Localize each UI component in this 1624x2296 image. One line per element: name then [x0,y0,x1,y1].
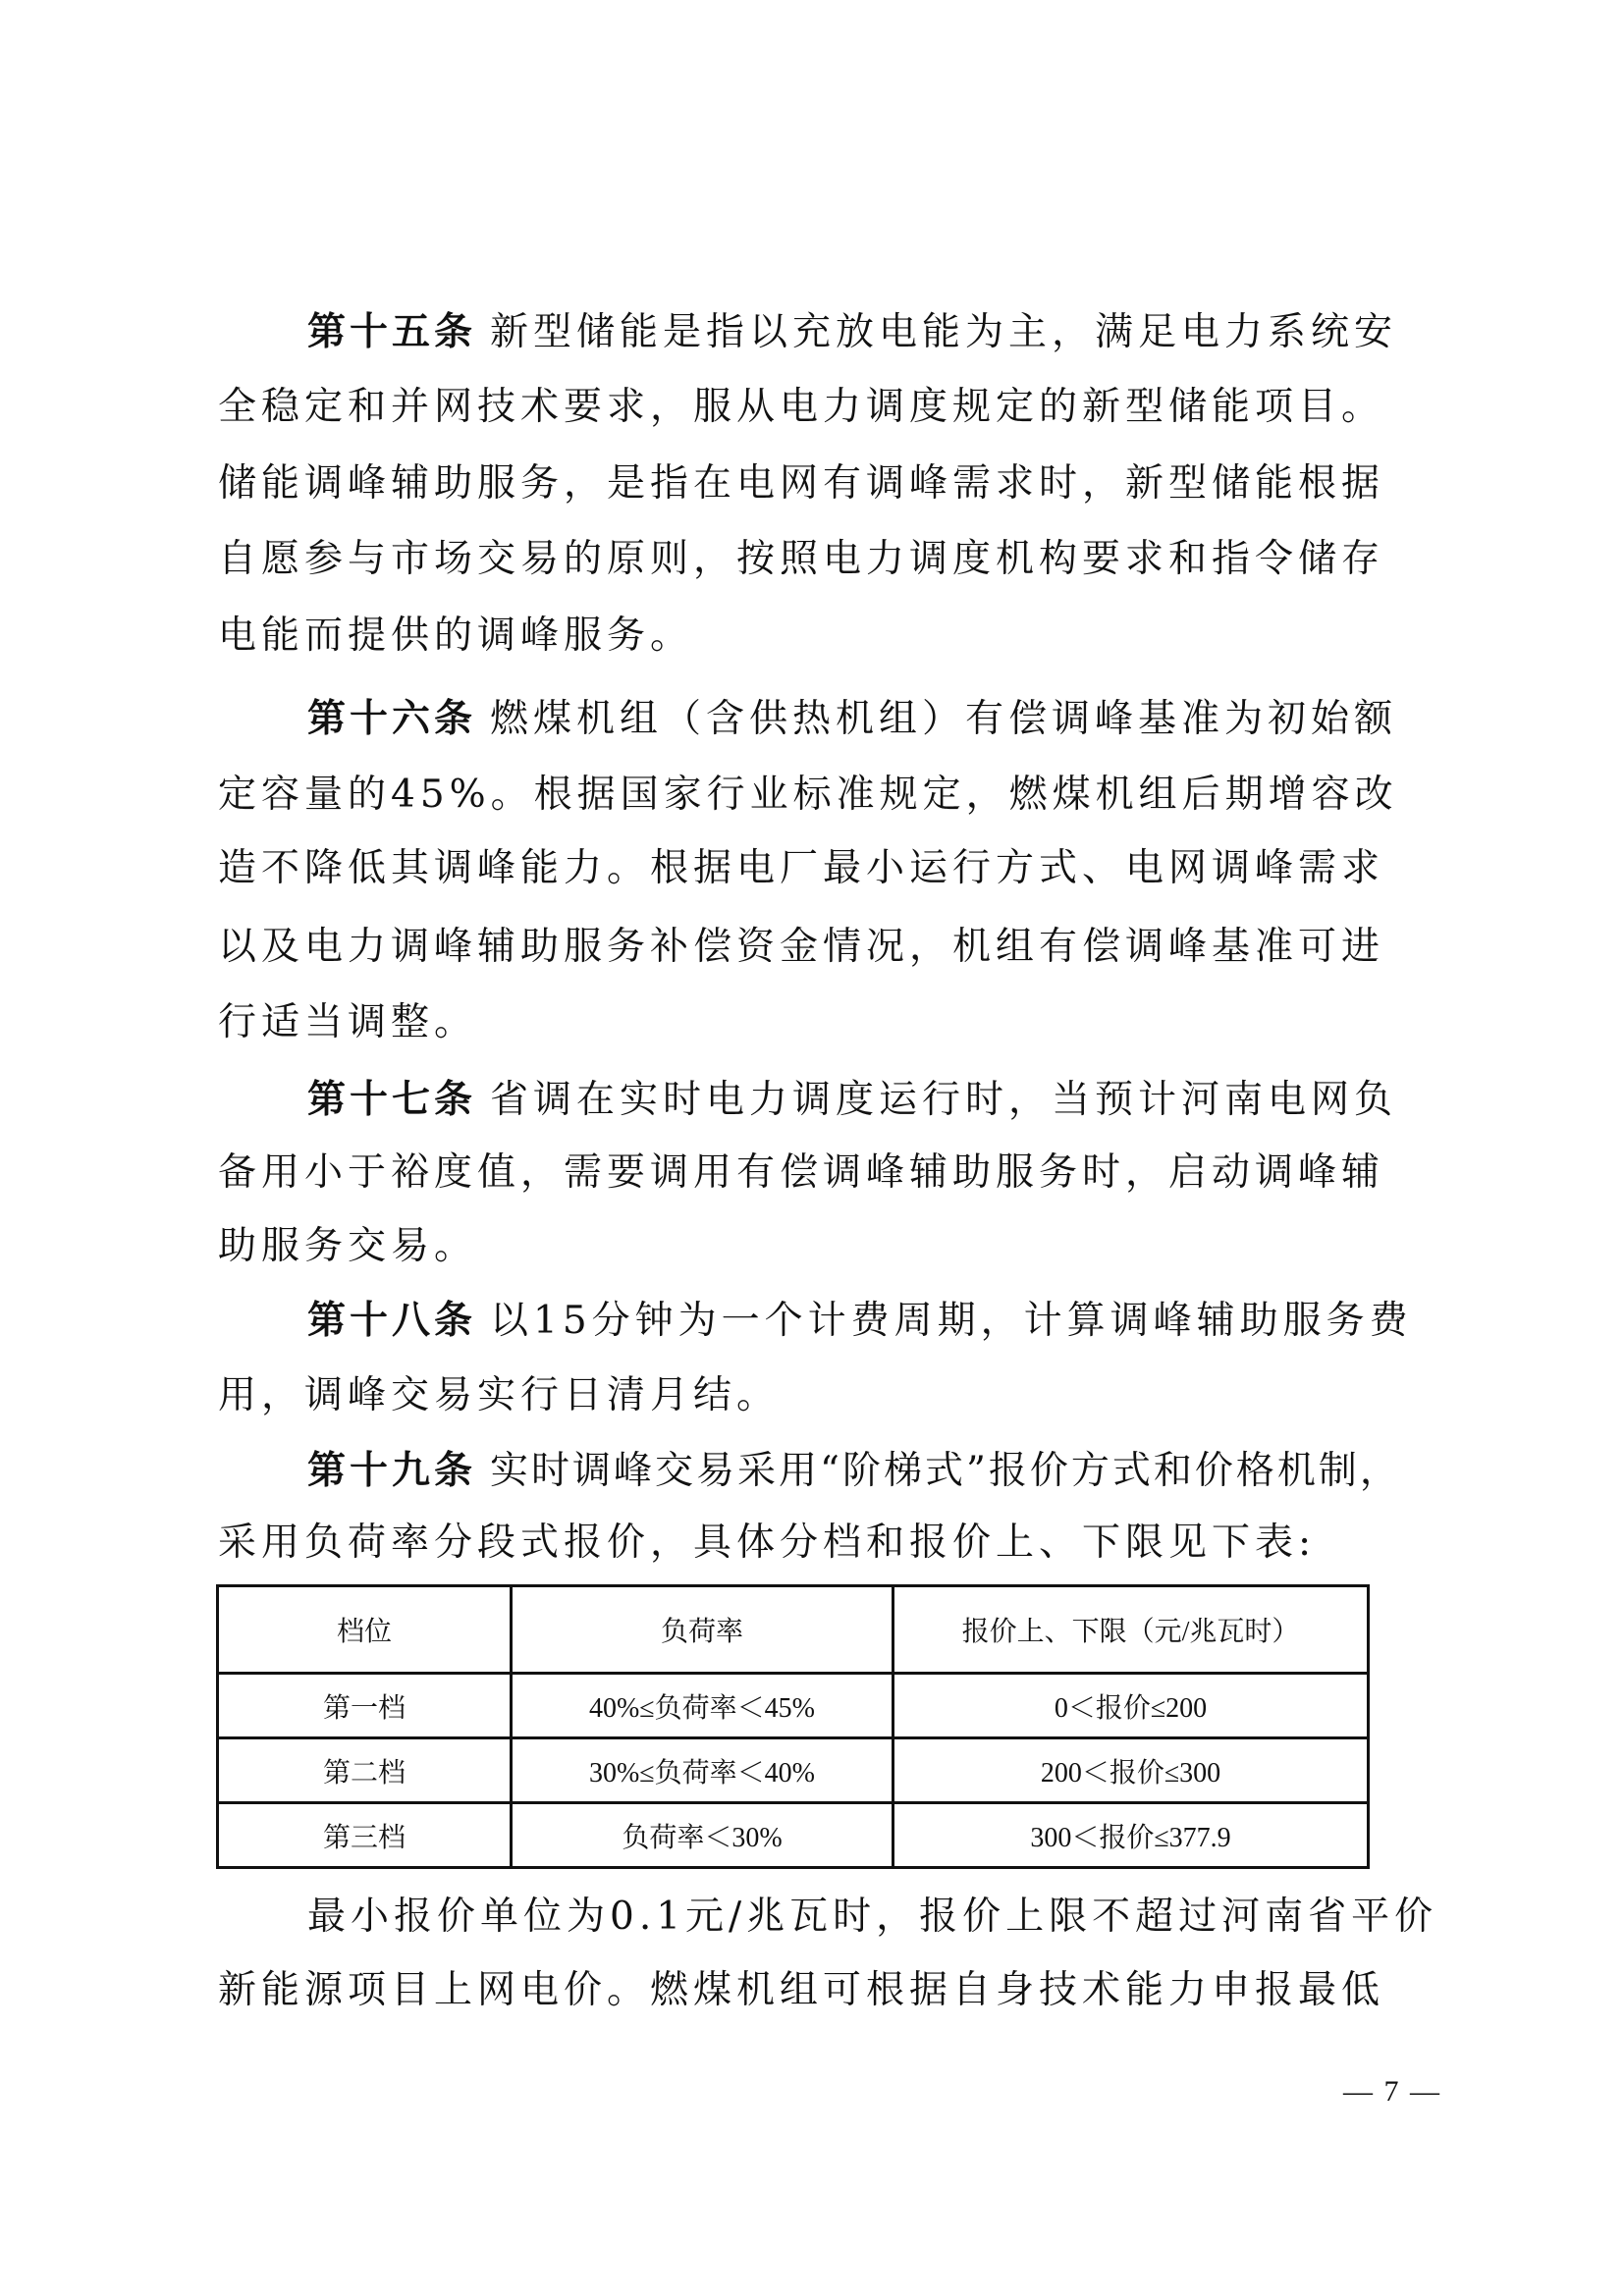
article-19-line-1: 第十九条实时调峰交易采用“阶梯式”报价方式和价格机制， [307,1441,1486,1500]
article-15-line-3: 储能调峰辅助服务，是指在电网有调峰需求时，新型储能根据 [218,454,1455,513]
article-16-line-2: 定容量的45%。根据国家行业标准规定，燃煤机组后期增容改 [218,766,1455,825]
article-text: 以15分钟为一个计费周期，计算调峰辅助服务费 [490,1299,1413,1343]
table-row: 第三档 负荷率＜30% 300＜报价≤377.9 [218,1803,1369,1868]
cell-price-limit: 300＜报价≤377.9 [893,1803,1369,1868]
article-text: 燃煤机组（含供热机组）有偿调峰基准为初始额 [490,697,1397,741]
article-text: 实时调峰交易采用“阶梯式”报价方式和价格机制， [490,1449,1401,1493]
article-label: 第十七条 [307,1077,476,1122]
article-15-line-5: 电能而提供的调峰服务。 [218,607,1455,666]
paragraph-after-table-line-2: 新能源项目上网电价。燃煤机组可根据自身技术能力申报最低 [218,1961,1455,2020]
article-18-line-2: 用，调峰交易实行日清月结。 [218,1366,1455,1425]
quote-tier-table: 档位 负荷率 报价上、下限（元/兆瓦时） 第一档 40%≤负荷率＜45% 0＜报… [216,1584,1370,1869]
article-16-line-4: 以及电力调峰辅助服务补偿资金情况，机组有偿调峰基准可进 [218,918,1455,977]
article-17-line-3: 助服务交易。 [218,1217,1455,1276]
paragraph-after-table-line-1: 最小报价单位为0.1元/兆瓦时，报价上限不超过河南省平价 [307,1888,1544,1947]
cell-load-rate: 30%≤负荷率＜40% [512,1738,893,1803]
article-17-line-2: 备用小于裕度值，需要调用有偿调峰辅助服务时，启动调峰辅 [218,1144,1455,1202]
table-header-row: 档位 负荷率 报价上、下限（元/兆瓦时） [218,1586,1369,1674]
article-label: 第十五条 [307,309,476,354]
cell-price-limit: 0＜报价≤200 [893,1674,1369,1738]
article-label: 第十八条 [307,1298,476,1343]
article-16-line-3: 造不降低其调峰能力。根据电厂最小运行方式、电网调峰需求 [218,839,1455,898]
cell-tier: 第三档 [218,1803,512,1868]
article-15-line-1: 第十五条新型储能是指以充放电能为主，满足电力系统安 [307,302,1544,361]
cell-price-limit: 200＜报价≤300 [893,1738,1369,1803]
cell-tier: 第二档 [218,1738,512,1803]
article-17-line-1: 第十七条省调在实时电力调度运行时，当预计河南电网负 [307,1070,1544,1129]
cell-load-rate: 40%≤负荷率＜45% [512,1674,893,1738]
table-row: 第二档 30%≤负荷率＜40% 200＜报价≤300 [218,1738,1369,1803]
cell-tier: 第一档 [218,1674,512,1738]
article-19-line-2: 采用负荷率分段式报价，具体分档和报价上、下限见下表: [218,1514,1455,1573]
header-tier: 档位 [218,1586,512,1674]
article-15-line-2: 全稳定和并网技术要求，服从电力调度规定的新型储能项目。 [218,378,1455,437]
article-16-line-5: 行适当调整。 [218,993,1455,1052]
article-text: 新型储能是指以充放电能为主，满足电力系统安 [490,310,1397,354]
table-row: 第一档 40%≤负荷率＜45% 0＜报价≤200 [218,1674,1369,1738]
page-number: — 7 — [1343,2075,1441,2109]
article-18-line-1: 第十八条以15分钟为一个计费周期，计算调峰辅助服务费 [307,1291,1544,1350]
cell-load-rate: 负荷率＜30% [512,1803,893,1868]
header-load-rate: 负荷率 [512,1586,893,1674]
article-label: 第十九条 [307,1448,476,1493]
article-16-line-1: 第十六条燃煤机组（含供热机组）有偿调峰基准为初始额 [307,689,1544,748]
article-15-line-4: 自愿参与市场交易的原则，按照电力调度机构要求和指令储存 [218,530,1455,589]
header-price-limits: 报价上、下限（元/兆瓦时） [893,1586,1369,1674]
article-label: 第十六条 [307,696,476,741]
article-text: 省调在实时电力调度运行时，当预计河南电网负 [490,1078,1397,1122]
